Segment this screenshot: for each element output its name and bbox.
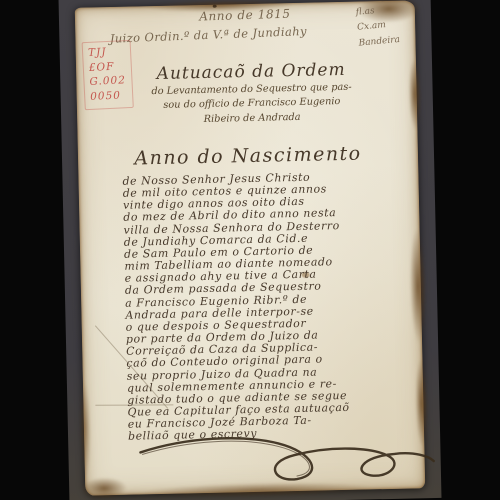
corner-annotation: fl.as Cx.am Bandeira <box>355 0 419 51</box>
signature-flourish <box>136 428 437 491</box>
manuscript-page: Anno de 1815 Juizo Ordin.º da V.ª de Jun… <box>75 0 426 495</box>
manuscript-body: de Nosso Senhor Jesus Christo de mil oit… <box>122 170 390 443</box>
body-heading: Anno do Nascimento <box>118 142 378 170</box>
title-block: Autuacaõ da Ordem do Levantamento do Seq… <box>131 59 372 128</box>
archival-reference-line: 0050 <box>90 88 127 104</box>
ink-speck <box>213 5 217 8</box>
archival-reference-mark: TJJ £OF G.002 0050 <box>82 40 135 110</box>
photo-scene: Anno de 1815 Juizo Ordin.º da V.ª de Jun… <box>0 0 500 500</box>
archival-reference-line: G.002 <box>89 74 126 90</box>
